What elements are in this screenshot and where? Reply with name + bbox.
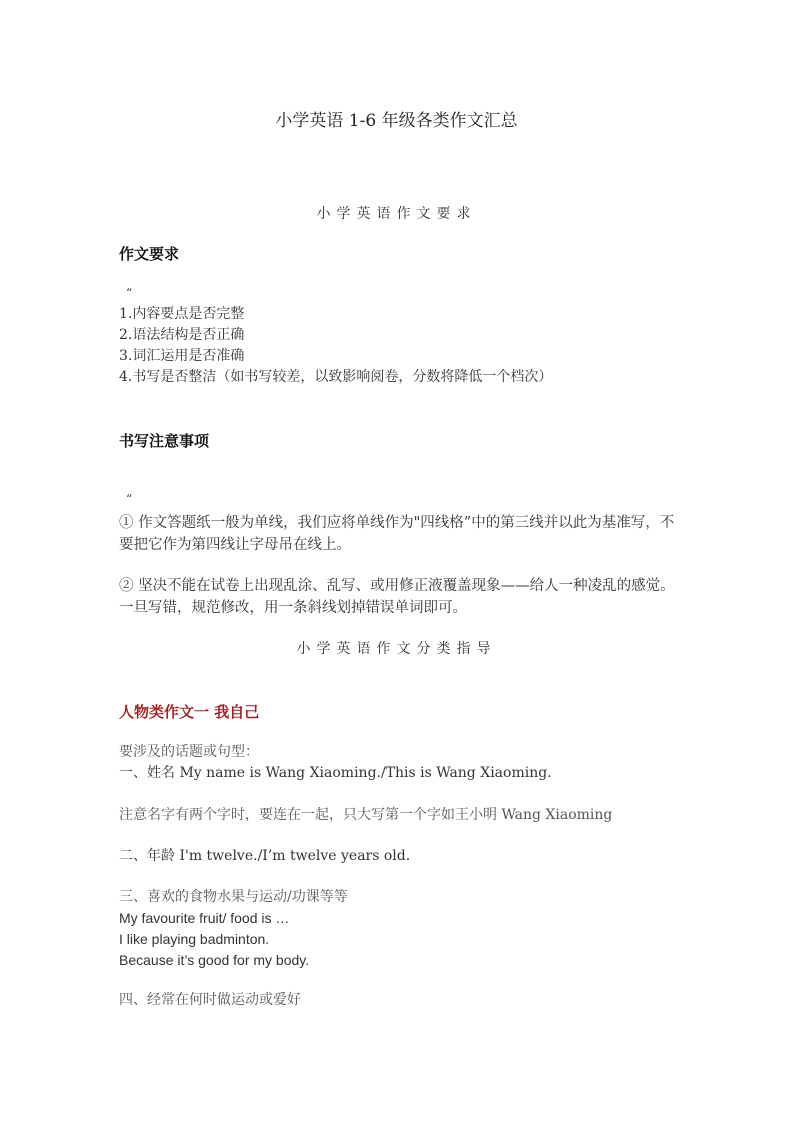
requirement-item: 2.语法结构是否正确 [119, 325, 244, 345]
topic-intro: 要涉及的话题或句型： [119, 742, 259, 762]
section-subtitle-guidance: 小学英语作文分类指导 [0, 638, 793, 658]
topic-line: 三、喜欢的食物水果与运动/功课等等 [119, 887, 348, 907]
topic-line: 一、姓名 My name is Wang Xiaoming./This is W… [119, 763, 552, 783]
document-title: 小学英语 1-6 年级各类作文汇总 [0, 106, 793, 131]
requirement-item: 4.书写是否整洁（如书写较差，以致影响阅卷，分数将降低一个档次） [119, 367, 552, 387]
heading-requirements: 作文要求 [119, 243, 179, 264]
topic-line: Because it’s good for my body. [119, 950, 309, 970]
topic-line: I like playing badminton. [119, 929, 269, 949]
requirement-item: 1.内容要点是否完整 [119, 304, 244, 324]
quote-mark: “ [126, 286, 132, 300]
writing-note-paragraph: ② 坚决不能在试卷上出现乱涂、乱写、或用修正液覆盖现象——给人一种凌乱的感觉。一… [119, 575, 679, 619]
topic-line: 四、经常在何时做运动或爱好 [119, 990, 301, 1010]
topic-line: 二、年龄 I'm twelve./I’m twelve years old. [119, 846, 410, 866]
section-subtitle-requirements: 小学英语作文要求 [0, 203, 793, 223]
requirement-item: 3.词汇运用是否准确 [119, 346, 244, 366]
writing-note-paragraph: ① 作文答题纸一般为单线，我们应将单线作为"四线格”中的第三线并以此为基准写，不… [119, 512, 679, 556]
topic-line: 注意名字有两个字时，要连在一起，只大写第一个字如王小明 Wang Xiaomin… [119, 805, 612, 825]
heading-myself: 人物类作文一 我自己 [119, 701, 259, 722]
heading-writing-notes: 书写注意事项 [119, 430, 209, 451]
quote-mark: “ [126, 492, 132, 506]
topic-line: My favourite fruit/ food is … [119, 908, 289, 928]
